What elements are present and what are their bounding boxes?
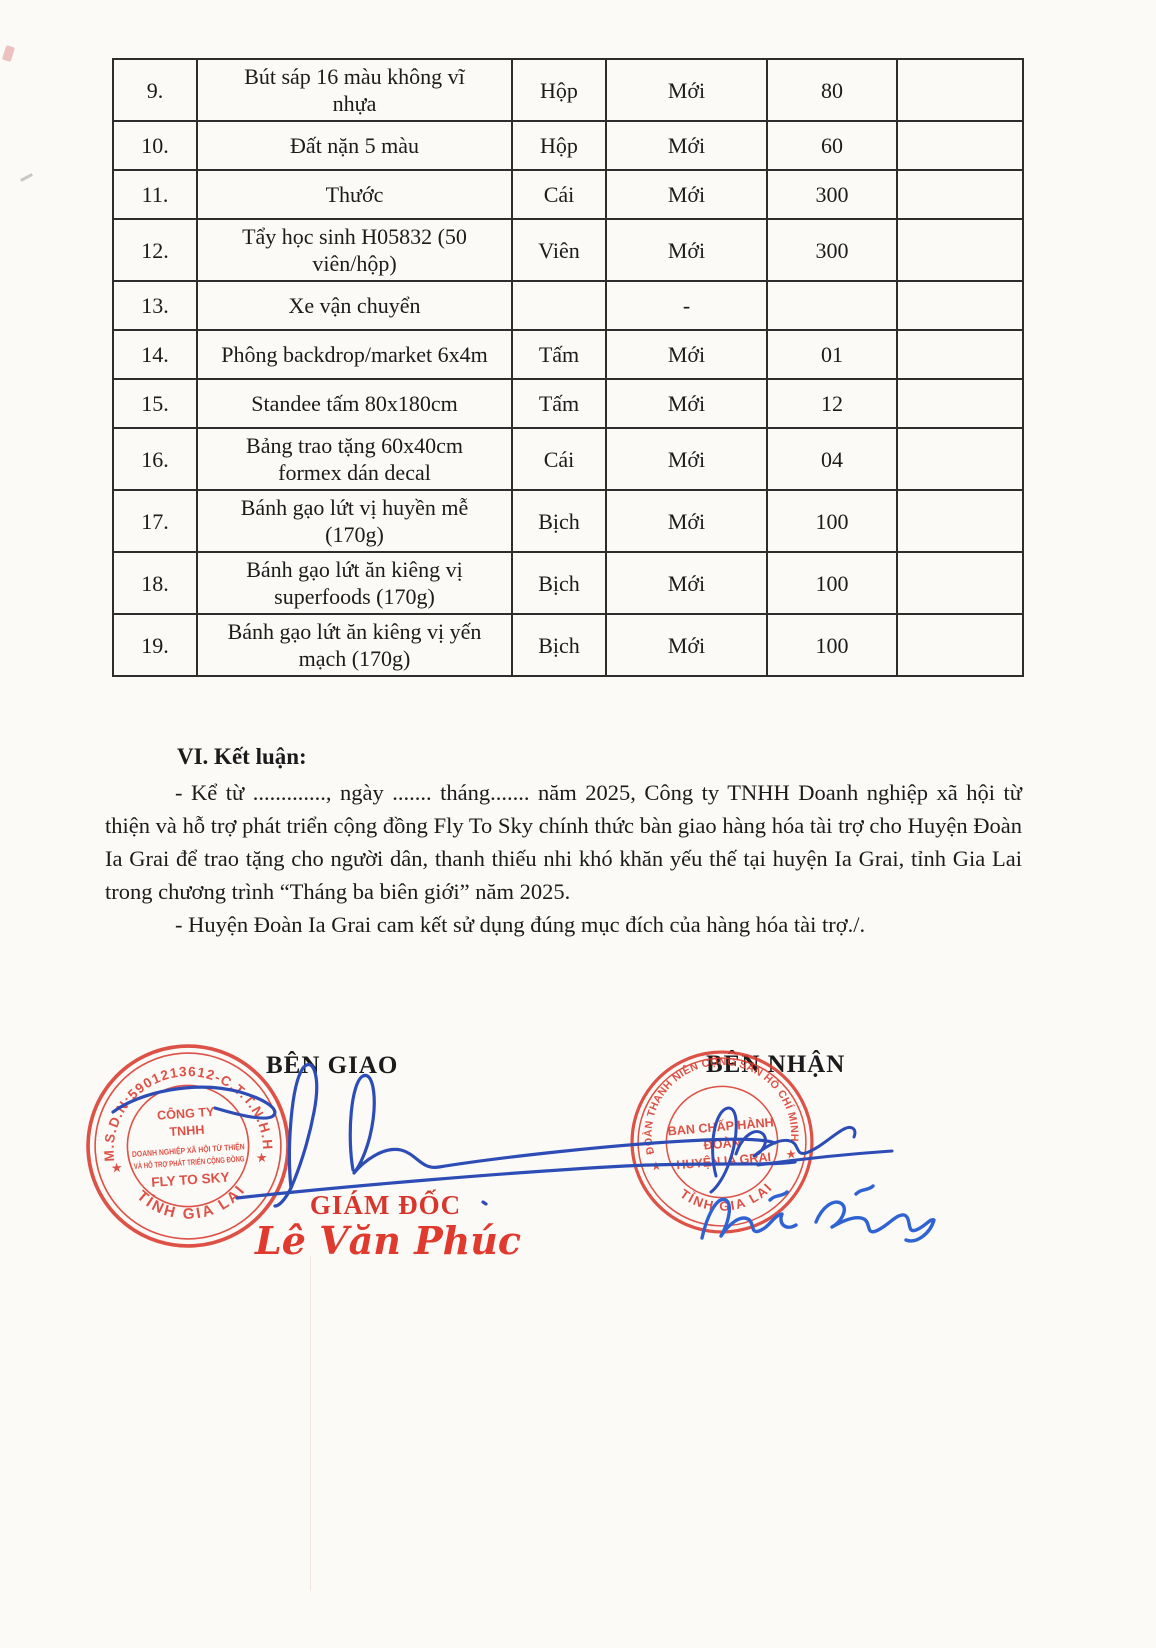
scan-artifact-fold-line <box>310 1256 311 1591</box>
cell-note <box>897 219 1023 281</box>
cell-stt: 9. <box>113 59 197 121</box>
cell-name: Phông backdrop/market 6x4m <box>197 330 512 379</box>
cell-unit: Bịch <box>512 614 606 676</box>
cell-qty: 04 <box>767 428 897 490</box>
cell-qty: 100 <box>767 490 897 552</box>
cell-name: Đất nặn 5 màu <box>197 121 512 170</box>
cell-stt: 13. <box>113 281 197 330</box>
cell-condition: Mới <box>606 490 767 552</box>
cell-condition: Mới <box>606 121 767 170</box>
cell-condition: Mới <box>606 59 767 121</box>
conclusion-heading: VI. Kết luận: <box>177 740 1022 773</box>
cell-qty: 100 <box>767 614 897 676</box>
table-row: 9.Bút sáp 16 màu không vĩ nhựaHộpMới80 <box>113 59 1023 121</box>
cell-stt: 12. <box>113 219 197 281</box>
table-row: 19.Bánh gạo lứt ăn kiêng vị yến mạch (17… <box>113 614 1023 676</box>
conclusion-paragraph-2: - Huyện Đoàn Ia Grai cam kết sử dụng đún… <box>105 908 1022 941</box>
giver-name: Lê Văn Phúc <box>255 1218 505 1263</box>
cell-condition: Mới <box>606 614 767 676</box>
cell-unit: Cái <box>512 170 606 219</box>
cell-qty <box>767 281 897 330</box>
cell-stt: 15. <box>113 379 197 428</box>
cell-note <box>897 614 1023 676</box>
cell-condition: Mới <box>606 428 767 490</box>
cell-stt: 19. <box>113 614 197 676</box>
receiver-signature <box>620 1088 960 1250</box>
cell-unit: Hộp <box>512 59 606 121</box>
table-row: 17.Bánh gạo lứt vị huyền mễ (170g)BịchMớ… <box>113 490 1023 552</box>
cell-note <box>897 428 1023 490</box>
cell-condition: - <box>606 281 767 330</box>
giver-role: GIÁM ĐỐC <box>298 1190 473 1221</box>
conclusion-paragraph-1: - Kể từ ............., ngày ....... thán… <box>105 776 1022 908</box>
cell-note <box>897 170 1023 219</box>
cell-condition: Mới <box>606 170 767 219</box>
cell-note <box>897 490 1023 552</box>
cell-name: Bút sáp 16 màu không vĩ nhựa <box>197 59 512 121</box>
cell-name: Thước <box>197 170 512 219</box>
cell-condition: Mới <box>606 219 767 281</box>
cell-stt: 16. <box>113 428 197 490</box>
cell-stt: 18. <box>113 552 197 614</box>
table-row: 14.Phông backdrop/market 6x4mTấmMới01 <box>113 330 1023 379</box>
cell-unit <box>512 281 606 330</box>
cell-name: Bánh gạo lứt vị huyền mễ (170g) <box>197 490 512 552</box>
scan-artifact-gray <box>20 173 33 182</box>
table-row: 11.ThướcCáiMới300 <box>113 170 1023 219</box>
cell-note <box>897 59 1023 121</box>
cell-name: Xe vận chuyển <box>197 281 512 330</box>
table-row: 10.Đất nặn 5 màuHộpMới60 <box>113 121 1023 170</box>
cell-unit: Tấm <box>512 330 606 379</box>
cell-unit: Bịch <box>512 552 606 614</box>
table-row: 12.Tẩy học sinh H05832 (50 viên/hộp)Viên… <box>113 219 1023 281</box>
cell-condition: Mới <box>606 552 767 614</box>
cell-qty: 300 <box>767 170 897 219</box>
cell-condition: Mới <box>606 379 767 428</box>
cell-qty: 60 <box>767 121 897 170</box>
conclusion-section: VI. Kết luận: - Kể từ ............., ngà… <box>105 740 1022 941</box>
cell-qty: 80 <box>767 59 897 121</box>
cell-qty: 100 <box>767 552 897 614</box>
scan-artifact-red <box>2 45 15 62</box>
table-row: 13.Xe vận chuyển- <box>113 281 1023 330</box>
cell-note <box>897 121 1023 170</box>
cell-unit: Cái <box>512 428 606 490</box>
cell-stt: 14. <box>113 330 197 379</box>
cell-stt: 11. <box>113 170 197 219</box>
document-page: 9.Bút sáp 16 màu không vĩ nhựaHộpMới8010… <box>0 0 1156 1648</box>
items-table: 9.Bút sáp 16 màu không vĩ nhựaHộpMới8010… <box>112 58 1024 677</box>
cell-unit: Bịch <box>512 490 606 552</box>
table-row: 16.Bảng trao tặng 60x40cm formex dán dec… <box>113 428 1023 490</box>
cell-name: Tẩy học sinh H05832 (50 viên/hộp) <box>197 219 512 281</box>
cell-name: Standee tấm 80x180cm <box>197 379 512 428</box>
cell-name: Bảng trao tặng 60x40cm formex dán decal <box>197 428 512 490</box>
cell-unit: Tấm <box>512 379 606 428</box>
table-row: 15.Standee tấm 80x180cmTấmMới12 <box>113 379 1023 428</box>
cell-unit: Viên <box>512 219 606 281</box>
cell-unit: Hộp <box>512 121 606 170</box>
cell-stt: 17. <box>113 490 197 552</box>
cell-name: Bánh gạo lứt ăn kiêng vị superfoods (170… <box>197 552 512 614</box>
cell-qty: 300 <box>767 219 897 281</box>
cell-stt: 10. <box>113 121 197 170</box>
cell-note <box>897 330 1023 379</box>
table-row: 18.Bánh gạo lứt ăn kiêng vị superfoods (… <box>113 552 1023 614</box>
cell-qty: 12 <box>767 379 897 428</box>
cell-note <box>897 379 1023 428</box>
cell-note <box>897 281 1023 330</box>
cell-condition: Mới <box>606 330 767 379</box>
cell-note <box>897 552 1023 614</box>
items-table-body: 9.Bút sáp 16 màu không vĩ nhựaHộpMới8010… <box>113 59 1023 676</box>
cell-name: Bánh gạo lứt ăn kiêng vị yến mạch (170g) <box>197 614 512 676</box>
cell-qty: 01 <box>767 330 897 379</box>
